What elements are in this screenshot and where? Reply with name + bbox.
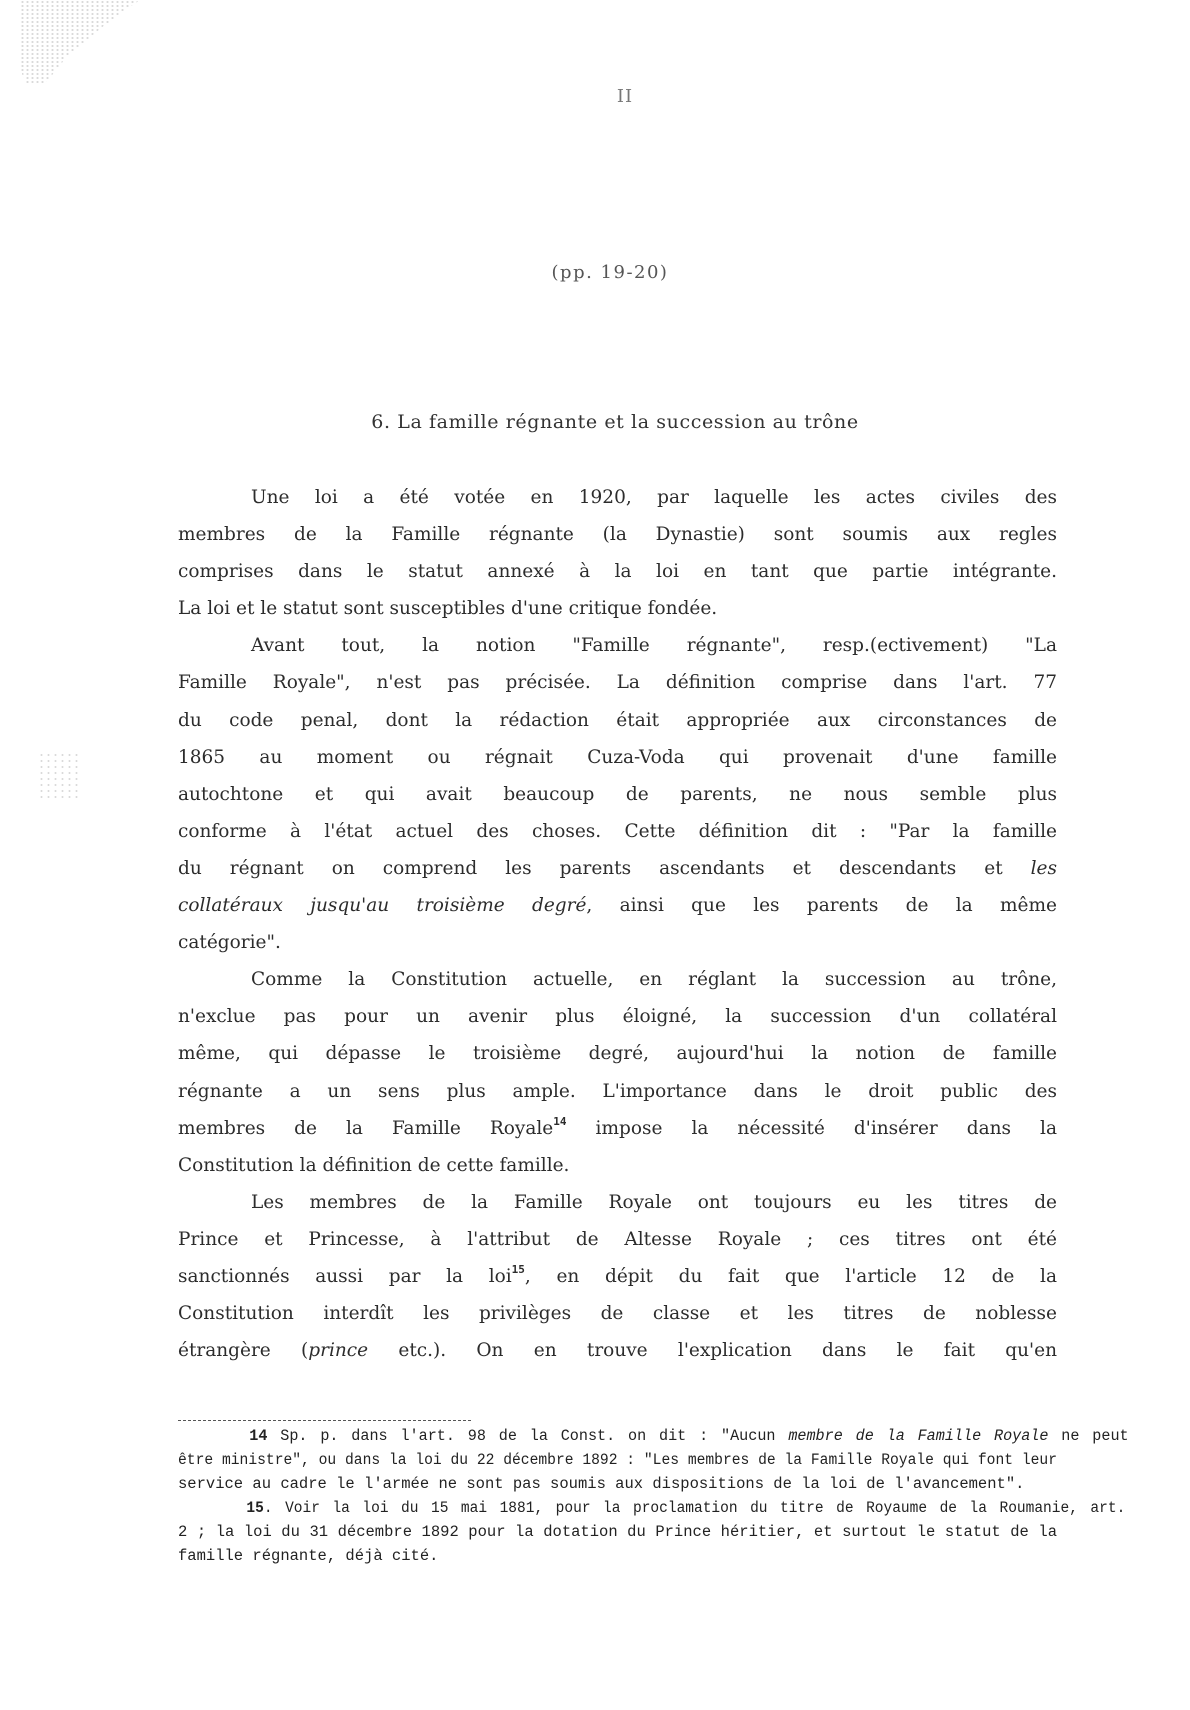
text-line: Constitution la définition de cette fami… <box>178 1152 1057 1189</box>
text-line: du code penal, dont la rédaction était a… <box>178 707 1057 744</box>
text-segment: ne peut <box>1048 1427 1128 1445</box>
text-line: Famille Royale", n'est pas précisée. La … <box>178 669 1057 706</box>
footnote-separator <box>178 1420 471 1421</box>
text-segment: service au cadre le l'armée ne sont pas … <box>178 1475 1024 1493</box>
footnote-line: famille régnante, déjà cité. <box>178 1544 1057 1568</box>
footnote-line: 14 Sp. p. dans l'art. 98 de la Const. on… <box>178 1424 1129 1448</box>
footnote-line: 2 ; la loi du 31 décembre 1892 pour la d… <box>178 1520 1057 1544</box>
text-segment: membres de la Famille Royale <box>178 1118 553 1139</box>
text-line: membres de la Famille Royale14 impose la… <box>178 1115 1057 1152</box>
text-segment: comprises dans le statut annexé à la loi… <box>178 561 1057 582</box>
text-line: étrangère (prince etc.). On en trouve l'… <box>178 1337 1057 1374</box>
text-segment: étrangère ( <box>178 1340 308 1361</box>
footnote-line: 15. Voir la loi du 15 mai 1881, pour la … <box>178 1496 1125 1520</box>
text-segment: catégorie". <box>178 932 281 953</box>
text-line: n'exclue pas pour un avenir plus éloigné… <box>178 1003 1057 1040</box>
italic-text: les <box>1031 858 1057 879</box>
footnote-number: 14 <box>249 1427 267 1445</box>
text-line: Constitution interdît les privilèges de … <box>178 1300 1057 1337</box>
text-line: Avant tout, la notion "Famille régnante"… <box>178 632 1057 669</box>
text-segment: même, qui dépasse le troisième degré, au… <box>178 1043 1057 1064</box>
text-line: conforme à l'état actuel des choses. Cet… <box>178 818 1057 855</box>
text-segment: n'exclue pas pour un avenir plus éloigné… <box>178 1006 1057 1027</box>
text-segment: , ainsi que les parents de la même <box>586 895 1057 916</box>
footnote-reference: 15 <box>512 1263 525 1276</box>
section-heading: 6. La famille régnante et la succession … <box>0 411 1190 433</box>
text-line: 1865 au moment ou régnait Cuza-Voda qui … <box>178 744 1057 781</box>
footnote-reference: 14 <box>553 1115 566 1128</box>
text-line: autochtone et qui avait beaucoup de pare… <box>178 781 1057 818</box>
scan-noise <box>38 752 78 802</box>
text-segment: La loi et le statut sont susceptibles d'… <box>178 598 717 619</box>
text-line: comprises dans le statut annexé à la loi… <box>178 558 1057 595</box>
italic-text: membre de la Famille Royale <box>788 1427 1048 1445</box>
text-segment: sanctionnés aussi par la loi <box>178 1266 512 1287</box>
text-segment: Avant tout, la notion "Famille régnante"… <box>251 635 1057 656</box>
footnote-line: être ministre", ou dans la loi du 22 déc… <box>178 1448 1057 1472</box>
text-segment: autochtone et qui avait beaucoup de pare… <box>178 784 1057 805</box>
text-line: Les membres de la Famille Royale ont tou… <box>178 1189 1057 1226</box>
italic-text: collatéraux jusqu'au troisième degré <box>178 895 586 916</box>
text-segment: membres de la Famille régnante (la Dynas… <box>178 524 1057 545</box>
footnotes: 14 Sp. p. dans l'art. 98 de la Const. on… <box>178 1424 1057 1568</box>
text-line: régnante a un sens plus ample. L'importa… <box>178 1078 1057 1115</box>
text-segment: Sp. p. dans l'art. 98 de la Const. on di… <box>267 1427 788 1445</box>
text-segment: Les membres de la Famille Royale ont tou… <box>251 1192 1057 1213</box>
text-segment: 1865 au moment ou régnait Cuza-Voda qui … <box>178 747 1057 768</box>
text-segment: . Voir la loi du 15 mai 1881, pour la pr… <box>264 1499 1125 1517</box>
text-segment: du régnant on comprend les parents ascen… <box>178 858 1031 879</box>
text-segment: Prince et Princesse, à l'attribut de Alt… <box>178 1229 1057 1250</box>
page-number: II <box>0 86 1190 107</box>
body-text: Une loi a été votée en 1920, par laquell… <box>178 484 1057 1374</box>
text-segment: Une loi a été votée en 1920, par laquell… <box>251 487 1057 508</box>
text-segment: Famille Royale", n'est pas précisée. La … <box>178 672 1057 693</box>
text-segment: , en dépit du fait que l'article 12 de l… <box>525 1266 1057 1287</box>
text-line: Prince et Princesse, à l'attribut de Alt… <box>178 1226 1057 1263</box>
text-segment: 2 ; la loi du 31 décembre 1892 pour la d… <box>178 1523 1057 1541</box>
text-segment: Constitution la définition de cette fami… <box>178 1155 569 1176</box>
page-reference: (pp. 19-20) <box>0 262 1190 283</box>
document-page: II (pp. 19-20) 6. La famille régnante et… <box>0 0 1190 1710</box>
text-line: même, qui dépasse le troisième degré, au… <box>178 1040 1057 1077</box>
text-line: membres de la Famille régnante (la Dynas… <box>178 521 1057 558</box>
text-segment: régnante a un sens plus ample. L'importa… <box>178 1081 1057 1102</box>
text-line: sanctionnés aussi par la loi15, en dépit… <box>178 1263 1057 1300</box>
text-segment: Constitution interdît les privilèges de … <box>178 1303 1057 1324</box>
text-line: Une loi a été votée en 1920, par laquell… <box>178 484 1057 521</box>
text-line: catégorie". <box>178 929 1057 966</box>
text-line: collatéraux jusqu'au troisième degré, ai… <box>178 892 1057 929</box>
italic-text: prince <box>308 1340 368 1361</box>
text-segment: etc.). On en trouve l'explication dans l… <box>368 1340 1057 1361</box>
text-line: La loi et le statut sont susceptibles d'… <box>178 595 1057 632</box>
text-segment: famille régnante, déjà cité. <box>178 1547 438 1565</box>
text-segment: être ministre", ou dans la loi du 22 déc… <box>178 1451 1057 1469</box>
text-segment: Comme la Constitution actuelle, en régla… <box>251 969 1057 990</box>
footnote-line: service au cadre le l'armée ne sont pas … <box>178 1472 1057 1496</box>
text-segment: conforme à l'état actuel des choses. Cet… <box>178 821 1057 842</box>
text-line: du régnant on comprend les parents ascen… <box>178 855 1057 892</box>
text-segment: du code penal, dont la rédaction était a… <box>178 710 1057 731</box>
text-segment: impose la nécessité d'insérer dans la <box>567 1118 1058 1139</box>
scan-noise <box>20 0 140 85</box>
footnote-number: 15 <box>246 1499 263 1517</box>
text-line: Comme la Constitution actuelle, en régla… <box>178 966 1057 1003</box>
